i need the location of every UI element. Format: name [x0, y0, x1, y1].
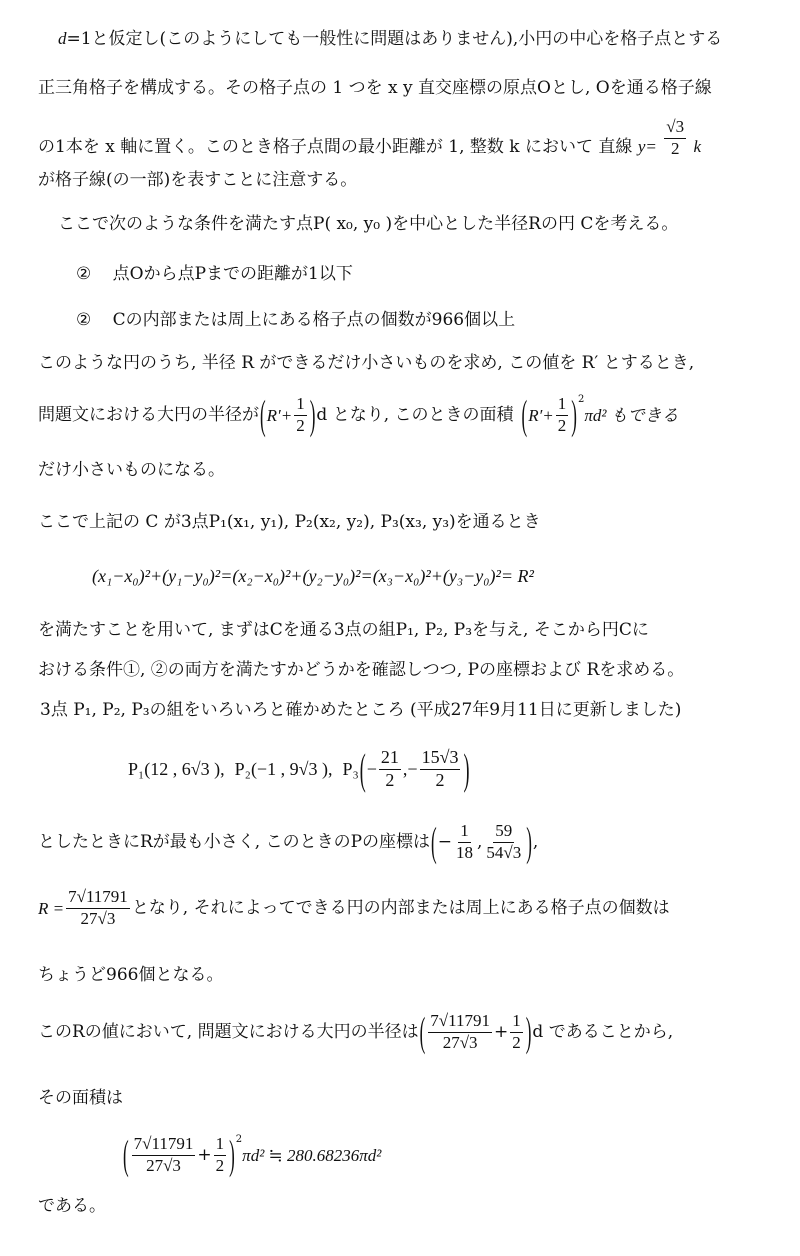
math-var: k: [694, 137, 702, 156]
area-value: πd² ≒ 280.68236πd²: [242, 1147, 381, 1164]
paragraph-line: である。: [38, 1198, 106, 1215]
denominator: 2: [294, 416, 307, 436]
paren: (: [522, 395, 528, 436]
condition-text: Cの内部または周上にある格子点の個数が966個以上: [113, 310, 515, 330]
paren: ): [526, 822, 532, 863]
fraction: 15√32: [420, 748, 461, 791]
paren: (: [123, 1135, 129, 1176]
paren: ): [571, 395, 577, 436]
paren: (: [431, 822, 437, 863]
numerator: 1: [458, 822, 471, 843]
fraction: 12: [510, 1012, 523, 1052]
condition-item: ② 点Oから点Pまでの距離が1以下: [76, 266, 353, 283]
paragraph-line: 正三角格子を構成する。その格子点の 1 つを x y 直交座標の原点Oとし, O…: [38, 80, 712, 97]
denominator: 54√3: [484, 843, 523, 863]
math: R′+: [267, 407, 293, 424]
numerator: 7√11791: [428, 1012, 492, 1033]
paragraph-line: としたときにRが最も小さく, このときのPの座標は (− 118, 5954√3…: [38, 822, 538, 862]
math: R =: [38, 900, 64, 917]
text: d となり, このときの面積: [316, 407, 513, 424]
paragraph-line: R = 7√1179127√3 となり, それによってできる円の内部または周上に…: [38, 888, 670, 928]
denominator: 27√3: [144, 1156, 183, 1176]
paragraph-line: ちょうど966個となる。: [38, 967, 223, 984]
denominator: 2: [556, 416, 569, 436]
denominator: 27√3: [441, 1033, 480, 1053]
text: このRの値において, 問題文における大円の半径は: [38, 1024, 419, 1041]
fraction: 12: [556, 395, 569, 435]
fraction: 7√1179127√3: [428, 1012, 492, 1052]
text: としたときにRが最も小さく, このときのPの座標は: [38, 834, 430, 851]
denominator: 18: [454, 843, 475, 863]
denominator: 2: [434, 770, 447, 791]
math-var: d: [58, 29, 67, 48]
paren: (: [260, 395, 266, 436]
numerator: 59: [493, 822, 514, 843]
paragraph-line: を満たすことを用いて, まずはCを通る3点の組P₁, P₂, P₃を与え, そこ…: [38, 622, 649, 639]
fraction: 12: [214, 1135, 227, 1175]
paragraph-line: 問題文における大円の半径が ( R′+ 12 ) d となり, このときの面積 …: [38, 395, 679, 435]
text: d であることから,: [532, 1024, 673, 1041]
text: 問題文における大円の半径が: [38, 407, 259, 424]
fraction: 7√1179127√3: [132, 1135, 196, 1175]
point-p2: P₂(−1 , 9√3 ),: [235, 760, 333, 778]
numerator: 1: [510, 1012, 523, 1033]
paren: ): [229, 1135, 235, 1176]
math-eq: y=: [638, 137, 657, 156]
numerator: 7√11791: [66, 888, 130, 909]
condition-item: ② Cの内部または周上にある格子点の個数が966個以上: [76, 312, 515, 329]
fraction: √32: [664, 118, 686, 158]
fraction: 7√1179127√3: [66, 888, 130, 928]
numerator: 15√3: [420, 748, 461, 770]
condition-marker: ②: [76, 264, 91, 284]
numerator: 7√11791: [132, 1135, 196, 1156]
paragraph-line: ここで次のような条件を満たす点P( x₀, y₀ )を中心とした半径Rの円 Cを…: [58, 216, 678, 233]
paragraph-line: d=1と仮定し(このようにしても一般性に問題はありません),小円の中心を格子点と…: [58, 30, 722, 48]
condition-text: 点Oから点Pまでの距離が1以下: [113, 264, 353, 284]
paragraph-line: の1本を x 軸に置く。このとき格子点間の最小距離が 1, 整数 k において …: [38, 118, 701, 158]
point-p3-label: P₃: [342, 760, 358, 778]
text: となり, それによってできる円の内部または周上にある格子点の個数は: [132, 900, 670, 917]
math: πd² もできる: [584, 407, 678, 424]
paren: (: [360, 748, 366, 791]
condition-marker: ②: [76, 310, 91, 330]
numerator: 1: [214, 1135, 227, 1156]
paragraph-line: 3点 P₁, P₂, P₃の組をいろいろと確かめたところ (平成27年9月11日…: [40, 702, 681, 719]
paren: ): [526, 1012, 532, 1053]
paragraph-line: が格子線(の一部)を表すことに注意する。: [38, 172, 357, 189]
denominator: 2: [510, 1033, 523, 1053]
fraction: 5954√3: [484, 822, 523, 862]
denominator: 27√3: [79, 909, 118, 929]
fraction: 12: [294, 395, 307, 435]
numerator: 1: [556, 395, 569, 416]
math: R′+: [528, 407, 554, 424]
paren: ): [310, 395, 316, 436]
text: の1本を x 軸に置く。このとき格子点間の最小距離が 1, 整数 k において …: [38, 137, 632, 157]
point-p1: P₁(12 , 6√3 ),: [128, 760, 225, 778]
numerator: 1: [294, 395, 307, 416]
denominator: 2: [383, 770, 396, 791]
paragraph-line: その面積は: [38, 1090, 123, 1107]
paragraph-line: このような円のうち, 半径 R ができるだけ小さいものを求め, この値を R′ …: [38, 355, 694, 372]
numerator: 21: [379, 748, 401, 770]
points-line: P₁(12 , 6√3 ), P₂(−1 , 9√3 ), P₃ (− 212,…: [128, 748, 470, 791]
denominator: 2: [214, 1156, 227, 1176]
numerator: √3: [664, 118, 686, 139]
area-equation: ( 7√1179127√3+ 12 ) 2 πd² ≒ 280.68236πd²: [122, 1135, 381, 1175]
text: =1と仮定し(このようにしても一般性に問題はありません),小円の中心を格子点とす…: [67, 29, 723, 49]
paragraph-line: だけ小さいものになる。: [38, 462, 225, 479]
fraction: 118: [454, 822, 475, 862]
paren: (: [420, 1012, 426, 1053]
paren: ): [463, 748, 469, 791]
equation: (x₁−x₀)²+(y₁−y₀)²=(x₂−x₀)²+(y₂−y₀)²=(x₃−…: [92, 567, 534, 585]
denominator: 2: [669, 139, 682, 159]
paragraph-line: おける条件①, ②の両方を満たすかどうかを確認しつつ, Pの座標および Rを求め…: [38, 662, 684, 679]
paragraph-line: このRの値において, 問題文における大円の半径は ( 7√1179127√3+ …: [38, 1012, 673, 1052]
fraction: 212: [379, 748, 401, 791]
paragraph-line: ここで上記の C が3点P₁(x₁, y₁), P₂(x₂, y₂), P₃(x…: [38, 514, 541, 531]
